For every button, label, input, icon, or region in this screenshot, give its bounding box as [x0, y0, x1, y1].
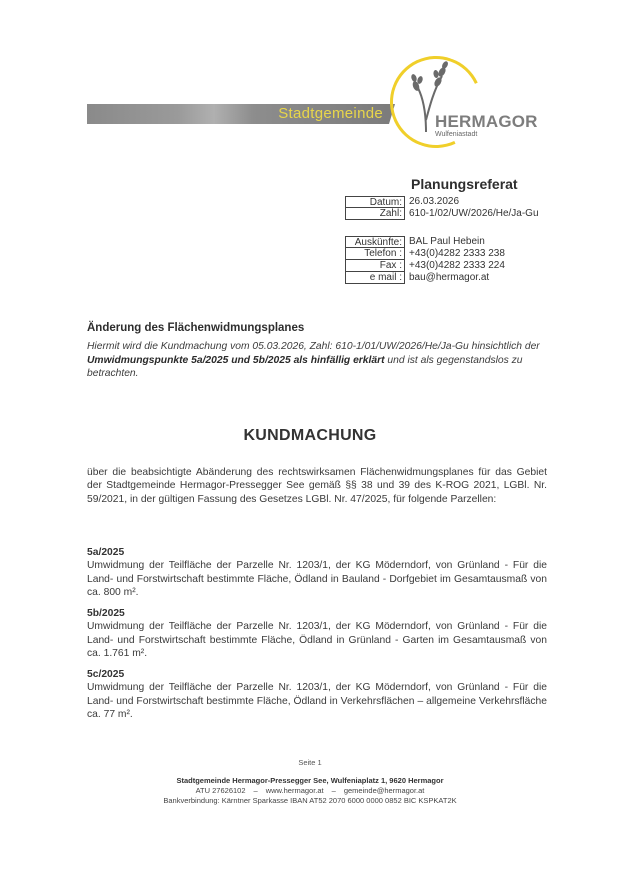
- phone-value: +43(0)4282 2333 238: [405, 248, 505, 260]
- contact-value: BAL Paul Hebein: [405, 236, 485, 248]
- fax-label: Fax :: [345, 260, 405, 272]
- rezoning-item: 5a/2025 Umwidmung der Teilfläche der Par…: [87, 546, 547, 600]
- banner-text: Stadtgemeinde: [278, 105, 383, 122]
- info-row-number: Zahl: 610-1/02/UW/2026/He/Ja-Gu: [345, 208, 539, 220]
- fax-value: +43(0)4282 2333 224: [405, 260, 505, 272]
- subject-heading: Änderung des Flächenwidmungsplanes: [87, 322, 304, 334]
- notice-text-1: Hiermit wird die Kundmachung vom 05.03.2…: [87, 341, 540, 352]
- info-row-email: e mail : bau@hermagor.at: [345, 272, 505, 284]
- footer-web-link[interactable]: www.hermagor.at: [266, 786, 324, 795]
- item-text: Umwidmung der Teilfläche der Parzelle Nr…: [87, 620, 547, 660]
- footer-contacts: ATU 27626102–www.hermagor.at–gemeinde@he…: [0, 786, 620, 796]
- info-row-phone: Telefon : +43(0)4282 2333 238: [345, 248, 505, 260]
- email-label: e mail :: [345, 272, 405, 284]
- document-heading: KUNDMACHUNG: [0, 427, 620, 445]
- item-id: 5a/2025: [87, 546, 547, 559]
- date-label: Datum:: [345, 196, 405, 208]
- item-text: Umwidmung der Teilfläche der Parzelle Nr…: [87, 681, 547, 721]
- rezoning-item: 5b/2025 Umwidmung der Teilfläche der Par…: [87, 607, 547, 661]
- rezoning-item: 5c/2025 Umwidmung der Teilfläche der Par…: [87, 668, 547, 722]
- footer-address: Stadtgemeinde Hermagor-Pressegger See, W…: [0, 776, 620, 786]
- contact-label: Auskünfte:: [345, 236, 405, 248]
- number-value: 610-1/02/UW/2026/He/Ja-Gu: [405, 208, 539, 220]
- info-row-fax: Fax : +43(0)4282 2333 224: [345, 260, 505, 272]
- logo-name: HERMAGOR: [435, 112, 538, 132]
- email-value: bau@hermagor.at: [405, 272, 489, 284]
- contact-block: Auskünfte: BAL Paul Hebein Telefon : +43…: [345, 236, 505, 284]
- reference-block: Datum: 26.03.2026 Zahl: 610-1/02/UW/2026…: [345, 196, 539, 220]
- logo-subtitle: Wulfeniastadt: [435, 131, 477, 138]
- header-banner: Stadtgemeinde: [87, 104, 389, 124]
- notice-bold: Umwidmungspunkte 5a/2025 und 5b/2025 als…: [87, 355, 385, 366]
- phone-label: Telefon :: [345, 248, 405, 260]
- date-value: 26.03.2026: [405, 196, 459, 208]
- document-page: Stadtgemeinde HERMAGOR Wulfeniastadt Pla…: [0, 0, 620, 878]
- item-text: Umwidmung der Teilfläche der Parzelle Nr…: [87, 559, 547, 599]
- footer-bank: Bankverbindung: Kärntner Sparkasse IBAN …: [0, 796, 620, 806]
- info-row-contact: Auskünfte: BAL Paul Hebein: [345, 236, 505, 248]
- footer-email-link[interactable]: gemeinde@hermagor.at: [344, 786, 425, 795]
- item-id: 5c/2025: [87, 668, 547, 681]
- page-number: Seite 1: [0, 758, 620, 767]
- revocation-notice: Hiermit wird die Kundmachung vom 05.03.2…: [87, 340, 547, 381]
- info-row-date: Datum: 26.03.2026: [345, 196, 539, 208]
- hermagor-logo: HERMAGOR Wulfeniastadt: [378, 50, 538, 150]
- footer-uid: ATU 27626102: [196, 786, 246, 795]
- number-label: Zahl:: [345, 208, 405, 220]
- department-title: Planungsreferat: [411, 176, 518, 192]
- item-id: 5b/2025: [87, 607, 547, 620]
- intro-paragraph: über die beabsichtigte Abänderung des re…: [87, 466, 547, 506]
